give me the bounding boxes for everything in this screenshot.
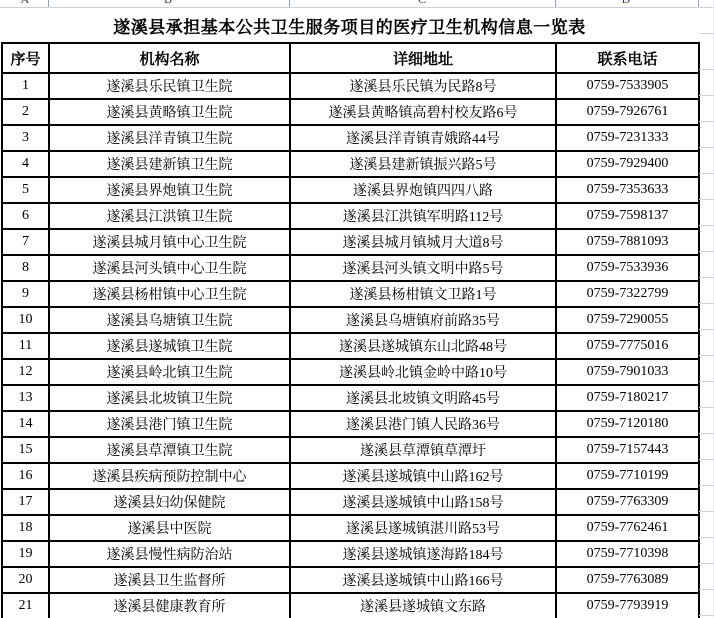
sheet-gridline (699, 485, 714, 486)
cell-index[interactable]: 13 (2, 385, 49, 411)
cell-name[interactable]: 遂溪县慢性病防治站 (49, 541, 290, 567)
cell-name[interactable]: 遂溪县遂城镇卫生院 (49, 333, 290, 359)
sheet-gridline (699, 433, 714, 434)
cell-phone[interactable]: 0759-7926761 (556, 99, 699, 125)
sheet-gridline (699, 615, 714, 616)
table-row: 18遂溪县中医院遂溪县遂城镇湛川路53号0759-7762461 (2, 515, 699, 541)
cell-index[interactable]: 4 (2, 151, 49, 177)
sheet-gridline (699, 69, 714, 70)
sheet-gridline (699, 95, 714, 96)
cell-phone[interactable]: 0759-7763089 (556, 567, 699, 593)
cell-index[interactable]: 15 (2, 437, 49, 463)
cell-phone[interactable]: 0759-7180217 (556, 385, 699, 411)
table-row: 5遂溪县界炮镇卫生院遂溪县界炮镇四四八路0759-7353633 (2, 177, 699, 203)
table-row: 10遂溪县乌塘镇卫生院遂溪县乌塘镇府前路35号0759-7290055 (2, 307, 699, 333)
cell-address[interactable]: 遂溪县洋青镇青娥路44号 (290, 125, 556, 151)
cell-address[interactable]: 遂溪县河头镇文明中路5号 (290, 255, 556, 281)
cell-address[interactable]: 遂溪县遂城镇湛川路53号 (290, 515, 556, 541)
cell-name[interactable]: 遂溪县中医院 (49, 515, 290, 541)
sheet-gridline (699, 173, 714, 174)
sheet-gridline (699, 33, 714, 34)
cell-phone[interactable]: 0759-7353633 (556, 177, 699, 203)
cell-address[interactable]: 遂溪县遂城镇文东路 (290, 593, 556, 618)
cell-address[interactable]: 遂溪县黄略镇高碧村校友路6号 (290, 99, 556, 125)
table-row: 19遂溪县慢性病防治站遂溪县遂城镇遂海路184号0759-7710398 (2, 541, 699, 567)
cell-name[interactable]: 遂溪县乌塘镇卫生院 (49, 307, 290, 333)
sheet-gridline (699, 511, 714, 512)
cell-index[interactable]: 21 (2, 593, 49, 618)
cell-name[interactable]: 遂溪县妇幼保健院 (49, 489, 290, 515)
sheet-gridline (699, 589, 714, 590)
cell-name[interactable]: 遂溪县岭北镇卫生院 (49, 359, 290, 385)
cell-address[interactable]: 遂溪县城月镇城月大道8号 (290, 229, 556, 255)
cell-phone[interactable]: 0759-7763309 (556, 489, 699, 515)
cell-name[interactable]: 遂溪县草潭镇卫生院 (49, 437, 290, 463)
header-cell-address[interactable]: 详细地址 (290, 43, 556, 73)
table-row: 12遂溪县岭北镇卫生院遂溪县岭北镇金岭中路10号0759-7901033 (2, 359, 699, 385)
table-row: 1遂溪县乐民镇卫生院遂溪县乐民镇为民路8号0759-7533905 (2, 73, 699, 99)
cell-name[interactable]: 遂溪县健康教育所 (49, 593, 290, 618)
table-row: 7遂溪县城月镇中心卫生院遂溪县城月镇城月大道8号0759-7881093 (2, 229, 699, 255)
cell-address[interactable]: 遂溪县岭北镇金岭中路10号 (290, 359, 556, 385)
table-row: 6遂溪县江洪镇卫生院遂溪县江洪镇军明路112号0759-7598137 (2, 203, 699, 229)
cell-name[interactable]: 遂溪县杨柑镇中心卫生院 (49, 281, 290, 307)
cell-phone[interactable]: 0759-7901033 (556, 359, 699, 385)
header-cell-name[interactable]: 机构名称 (49, 43, 290, 73)
cell-name[interactable]: 遂溪县黄略镇卫生院 (49, 99, 290, 125)
sheet-gridline (699, 381, 714, 382)
table-row: 16遂溪县疾病预防控制中心遂溪县遂城镇中山路162号0759-7710199 (2, 463, 699, 489)
cell-phone[interactable]: 0759-7881093 (556, 229, 699, 255)
sheet-gridline (699, 407, 714, 408)
cell-phone[interactable]: 0759-7710199 (556, 463, 699, 489)
cell-index[interactable]: 3 (2, 125, 49, 151)
cell-address[interactable]: 遂溪县江洪镇军明路112号 (290, 203, 556, 229)
table-row: 11遂溪县遂城镇卫生院遂溪县遂城镇东山北路48号0759-7775016 (2, 333, 699, 359)
table-row: 20遂溪县卫生监督所遂溪县遂城镇中山路166号0759-7763089 (2, 567, 699, 593)
cell-phone[interactable]: 0759-7157443 (556, 437, 699, 463)
cell-name[interactable]: 遂溪县江洪镇卫生院 (49, 203, 290, 229)
cell-name[interactable]: 遂溪县港门镇卫生院 (49, 411, 290, 437)
cell-index[interactable]: 20 (2, 567, 49, 593)
sheet-gridline (699, 277, 714, 278)
cell-phone[interactable]: 0759-7762461 (556, 515, 699, 541)
cell-index[interactable]: 12 (2, 359, 49, 385)
table-title[interactable]: 遂溪县承担基本公共卫生服务项目的医疗卫生机构信息一览表 (1, 8, 698, 42)
cell-index[interactable]: 7 (2, 229, 49, 255)
column-letter-b[interactable]: B (164, 0, 172, 6)
column-letter-c[interactable]: C (418, 0, 426, 6)
table-row: 14遂溪县港门镇卫生院遂溪县港门镇人民路36号0759-7120180 (2, 411, 699, 437)
cell-index[interactable]: 17 (2, 489, 49, 515)
cell-name[interactable]: 遂溪县界炮镇卫生院 (49, 177, 290, 203)
cell-name[interactable]: 遂溪县建新镇卫生院 (49, 151, 290, 177)
cell-index[interactable]: 8 (2, 255, 49, 281)
cell-name[interactable]: 遂溪县北坡镇卫生院 (49, 385, 290, 411)
cell-index[interactable]: 16 (2, 463, 49, 489)
sheet-gridline (699, 303, 714, 304)
cell-index[interactable]: 19 (2, 541, 49, 567)
table-row: 15遂溪县草潭镇卫生院遂溪县草潭镇草潭圩0759-7157443 (2, 437, 699, 463)
table-row: 13遂溪县北坡镇卫生院遂溪县北坡镇文明路45号0759-7180217 (2, 385, 699, 411)
cell-address[interactable]: 遂溪县港门镇人民路36号 (290, 411, 556, 437)
cell-index[interactable]: 6 (2, 203, 49, 229)
cell-name[interactable]: 遂溪县卫生监督所 (49, 567, 290, 593)
table-row: 8遂溪县河头镇中心卫生院遂溪县河头镇文明中路5号0759-7533936 (2, 255, 699, 281)
cell-phone[interactable]: 0759-7793919 (556, 593, 699, 618)
cell-phone[interactable]: 0759-7775016 (556, 333, 699, 359)
table-row: 17遂溪县妇幼保健院遂溪县遂城镇中山路158号0759-7763309 (2, 489, 699, 515)
header-row: 序号 机构名称 详细地址 联系电话 (2, 43, 699, 73)
sheet-gridline (699, 199, 714, 200)
cell-name[interactable]: 遂溪县城月镇中心卫生院 (49, 229, 290, 255)
sheet-gridline (699, 251, 714, 252)
sheet-gridline (699, 355, 714, 356)
cell-address[interactable]: 遂溪县建新镇振兴路5号 (290, 151, 556, 177)
cell-name[interactable]: 遂溪县洋青镇卫生院 (49, 125, 290, 151)
cell-name[interactable]: 遂溪县乐民镇卫生院 (49, 73, 290, 99)
cell-index[interactable]: 9 (2, 281, 49, 307)
cell-name[interactable]: 遂溪县河头镇中心卫生院 (49, 255, 290, 281)
cell-address[interactable]: 遂溪县遂城镇中山路166号 (290, 567, 556, 593)
sheet-gridline (699, 121, 714, 122)
cell-phone[interactable]: 0759-7231333 (556, 125, 699, 151)
cell-index[interactable]: 14 (2, 411, 49, 437)
sheet-gridline (699, 537, 714, 538)
cell-address[interactable]: 遂溪县乐民镇为民路8号 (290, 73, 556, 99)
cell-index[interactable]: 2 (2, 99, 49, 125)
cell-phone[interactable]: 0759-7929400 (556, 151, 699, 177)
cell-phone[interactable]: 0759-7322799 (556, 281, 699, 307)
cell-phone[interactable]: 0759-7710398 (556, 541, 699, 567)
cell-phone[interactable]: 0759-7533905 (556, 73, 699, 99)
table-row: 2遂溪县黄略镇卫生院遂溪县黄略镇高碧村校友路6号0759-7926761 (2, 99, 699, 125)
sheet-gridline (699, 563, 714, 564)
table-row: 3遂溪县洋青镇卫生院遂溪县洋青镇青娥路44号0759-7231333 (2, 125, 699, 151)
header-cell-index[interactable]: 序号 (2, 43, 49, 73)
sheet-gridline (699, 225, 714, 226)
cell-name[interactable]: 遂溪县疾病预防控制中心 (49, 463, 290, 489)
table-row: 4遂溪县建新镇卫生院遂溪县建新镇振兴路5号0759-7929400 (2, 151, 699, 177)
cell-address[interactable]: 遂溪县杨柑镇文卫路1号 (290, 281, 556, 307)
sheet-gridline (699, 459, 714, 460)
cell-address[interactable]: 遂溪县乌塘镇府前路35号 (290, 307, 556, 333)
cell-phone[interactable]: 0759-7533936 (556, 255, 699, 281)
column-letter-d[interactable]: D (622, 0, 631, 6)
cell-address[interactable]: 遂溪县遂城镇中山路162号 (290, 463, 556, 489)
table-row: 21遂溪县健康教育所遂溪县遂城镇文东路0759-7793919 (2, 593, 699, 618)
sheet-gridline (699, 147, 714, 148)
table-row: 9遂溪县杨柑镇中心卫生院遂溪县杨柑镇文卫路1号0759-7322799 (2, 281, 699, 307)
cell-phone[interactable]: 0759-7598137 (556, 203, 699, 229)
cell-address[interactable]: 遂溪县北坡镇文明路45号 (290, 385, 556, 411)
cell-address[interactable]: 遂溪县草潭镇草潭圩 (290, 437, 556, 463)
cell-address[interactable]: 遂溪县遂城镇中山路158号 (290, 489, 556, 515)
cell-index[interactable]: 5 (2, 177, 49, 203)
cell-address[interactable]: 遂溪县界炮镇四四八路 (290, 177, 556, 203)
cell-phone[interactable]: 0759-7290055 (556, 307, 699, 333)
column-letter-a[interactable]: A (21, 0, 30, 6)
cell-index[interactable]: 1 (2, 73, 49, 99)
sheet-gridline (699, 329, 714, 330)
cell-phone[interactable]: 0759-7120180 (556, 411, 699, 437)
cell-index[interactable]: 11 (2, 333, 49, 359)
cell-address[interactable]: 遂溪县遂城镇东山北路48号 (290, 333, 556, 359)
cell-index[interactable]: 18 (2, 515, 49, 541)
cell-address[interactable]: 遂溪县遂城镇遂海路184号 (290, 541, 556, 567)
institutions-table: 序号 机构名称 详细地址 联系电话 1遂溪县乐民镇卫生院遂溪县乐民镇为民路8号0… (1, 42, 700, 618)
header-cell-phone[interactable]: 联系电话 (556, 43, 699, 73)
sheet-column-header-strip: A B C D (0, 0, 714, 8)
cell-index[interactable]: 10 (2, 307, 49, 333)
